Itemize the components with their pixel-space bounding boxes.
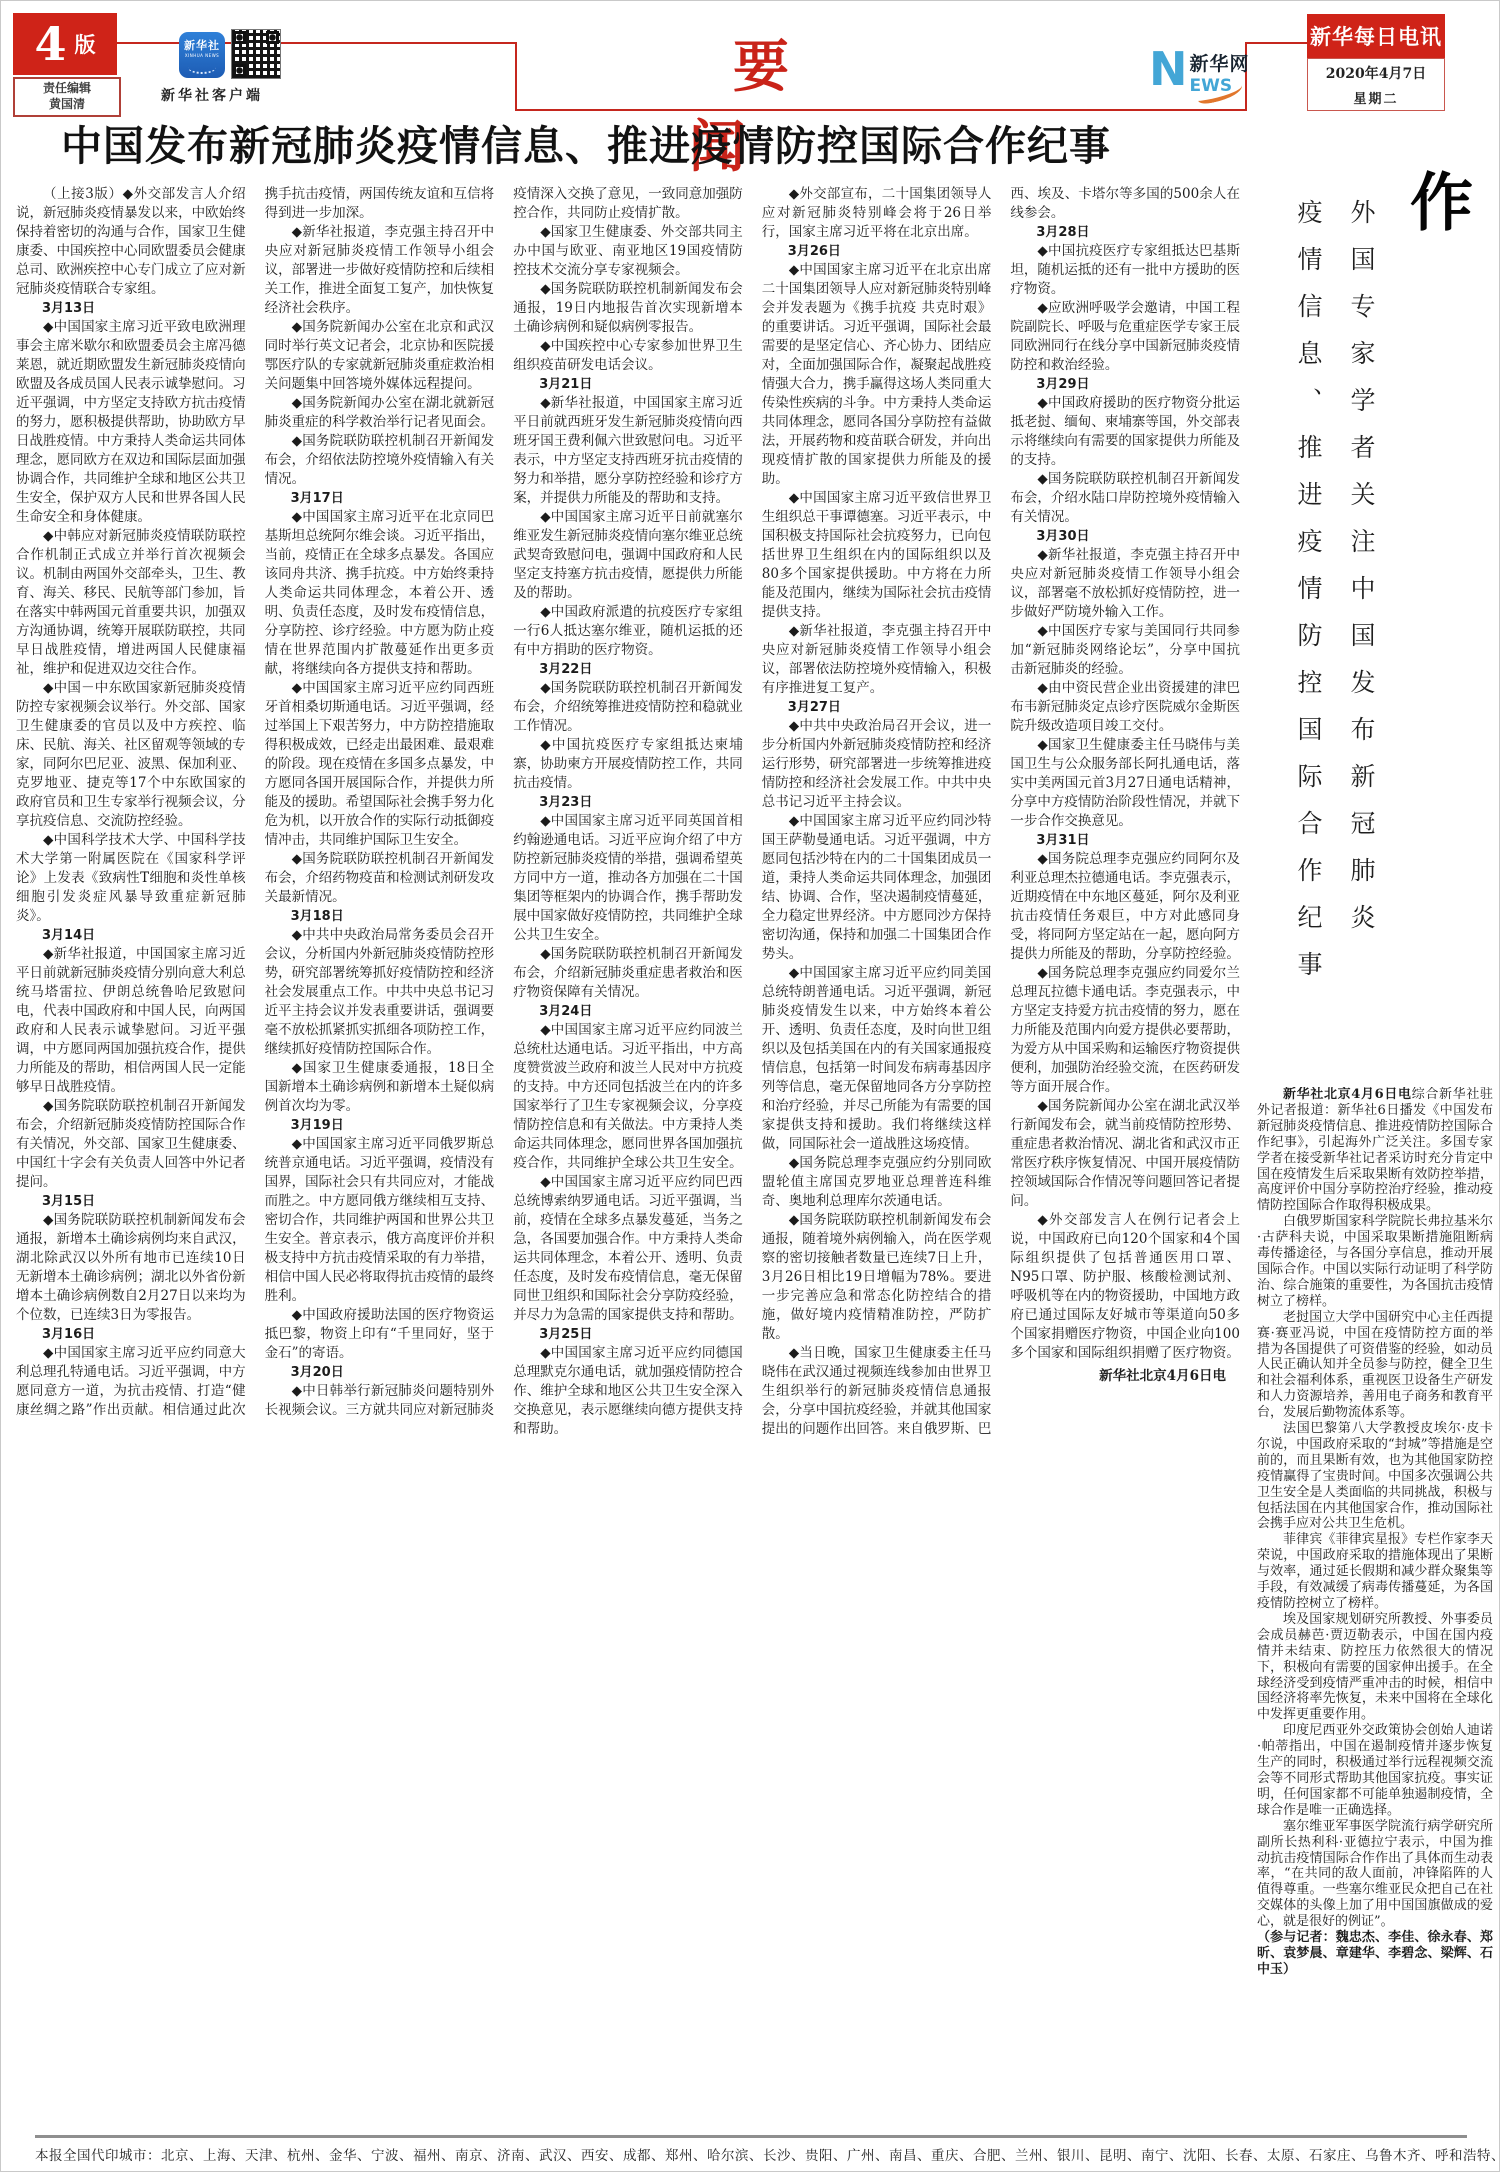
chron-p: ◆中国政府援助法国的医疗物资运抵巴黎，物资上印有“千里同好，坚于金石”的寄语。 bbox=[265, 1306, 495, 1363]
chron-date: 3月17日 bbox=[265, 489, 495, 508]
chron-p: ◆中共中央政治局常务委员会召开会议，分析国内外新冠肺炎疫情防控形势，研究部署统筹… bbox=[265, 926, 495, 1059]
chron-p: ◆中国抗疫医疗专家组抵达柬埔寨，协助柬方开展疫情防控工作，共同抗击疫情。 bbox=[513, 736, 743, 793]
chron-sign: 新华社北京4月6日电 bbox=[1010, 1367, 1240, 1386]
chron-p: ◆中国国家主席习近平应约同西班牙首相桑切斯通电话。习近平强调，经过举国上下艰苦努… bbox=[265, 679, 495, 850]
xinhua-app-icon-arc bbox=[188, 61, 216, 74]
side-p: 印度尼西亚外交政策协会创始人迪诺·帕蒂指出，中国在遏制疫情并逐步恢复生产的同时，… bbox=[1257, 1723, 1493, 1818]
chron-p: ◆中国国家主席习近平应约同沙特国王萨勒曼通电话。习近平强调，中方愿同包括沙特在内… bbox=[762, 812, 992, 964]
issue-weekday: 星期二 bbox=[1353, 88, 1398, 107]
chron-p: ◆中韩应对新冠肺炎疫情联防联控合作机制正式成立并举行首次视频会议。机制由两国外交… bbox=[16, 527, 246, 679]
chron-date: 3月28日 bbox=[1010, 223, 1240, 242]
newspaper-page: 4 版 责任编辑 黄国清 新华社 XINHUA NEWS 新华社客户端 要闻 N… bbox=[0, 0, 1500, 2172]
date-box: 2020年4月7日 星期二 bbox=[1307, 58, 1445, 111]
chron-p: ◆国务院联防联控机制召开新闻发布会，介绍依法防控境外疫情输入有关情况。 bbox=[265, 432, 495, 489]
chron-p: ◆中国政府派遣的抗疫医疗专家组一行6人抵达塞尔维亚，随机运抵的还有中方捐助的医疗… bbox=[513, 603, 743, 660]
chron-date: 3月26日 bbox=[762, 242, 992, 261]
chron-p: ◆中国医疗专家与美国同行共同参加“新冠肺炎网络论坛”，分享中国抗击新冠肺炎的经验… bbox=[1010, 622, 1240, 679]
side-p: 白俄罗斯国家科学院院长弗拉基米尔·古萨科夫说，中国采取果断措施阻断病毒传播途径，… bbox=[1257, 1214, 1493, 1309]
chron-p: ◆中国国家主席习近平应约同巴西总统博索纳罗通电话。习近平强调，当前，疫情在全球多… bbox=[513, 1173, 743, 1325]
chron-p: ◆国务院联防联控机制召开新闻发布会，介绍药物疫苗和检测试剂研发攻关最新情况。 bbox=[265, 850, 495, 907]
editor-box: 责任编辑 黄国清 bbox=[13, 77, 121, 117]
header-rule-segment bbox=[1245, 42, 1307, 44]
chron-p: ◆中国国家主席习近平同英国首相约翰逊通电话。习近平应询介绍了中方防控新冠肺炎疫情… bbox=[513, 812, 743, 945]
chron-p: ◆中国政府援助的医疗物资分批运抵老挝、缅甸、柬埔寨等国，外交部表示将继续向有需要… bbox=[1010, 394, 1240, 470]
chron-p: ◆外交部发言人在例行记者会上说，中国政府已向120个国家和4个国际组织提供了包括… bbox=[1010, 1211, 1240, 1363]
issue-date: 2020年4月7日 bbox=[1326, 63, 1426, 83]
editor-role: 责任编辑 bbox=[43, 81, 91, 97]
side-p: 新华社北京4月6日电综合新华社驻外记者报道：新华社6日播发《中国发布新冠肺炎疫情… bbox=[1257, 1087, 1493, 1214]
chron-p: ◆国务院联防联控机制召开新闻发布会，介绍新冠肺炎重症患者救治和医疗物资保障有关情… bbox=[513, 945, 743, 1002]
chron-p: ◆新华社报道，李克强主持召开中央应对新冠肺炎疫情工作领导小组会议，部署进一步做好… bbox=[265, 223, 495, 318]
chron-date: 3月16日 bbox=[16, 1325, 246, 1344]
side-p: 菲律宾《菲律宾星报》专栏作家李天荣说，中国政府采取的措施体现出了果断与效率，通过… bbox=[1257, 1532, 1493, 1612]
chron-p: ◆外交部宣布，二十国集团领导人应对新冠肺炎特别峰会将于26日举行，国家主席习近平… bbox=[762, 185, 992, 242]
chronicle-body: （上接3版）◆外交部发言人介绍说，新冠肺炎疫情暴发以来，中欧始终保持着密切的沟通… bbox=[16, 185, 1240, 2121]
chron-p: ◆中国国家主席习近平日前就塞尔维亚发生新冠肺炎疫情向塞尔维亚总统武契奇致慰问电，… bbox=[513, 508, 743, 603]
side-vertical-subtitle: 外国专家学者关注中国发布新冠肺炎疫情信息、推进疫情防控国际合作纪事 bbox=[1282, 199, 1388, 1049]
chron-p: ◆新华社报道，李克强主持召开中央应对新冠肺炎疫情工作领导小组会议，部署毫不放松抓… bbox=[1010, 546, 1240, 622]
chron-date: 3月15日 bbox=[16, 1192, 246, 1211]
chron-p: ◆国家卫生健康委主任马晓伟与美国卫生与公众服务部长阿扎通电话，落实中美两国元首3… bbox=[1010, 736, 1240, 831]
chron-p: ◆国务院联防联控机制召开新闻发布会，介绍新冠肺炎疫情防控国际合作有关情况，外交部… bbox=[16, 1097, 246, 1192]
side-p: 法国巴黎第八大学教授皮埃尔·皮卡尔说，中国政府采取的“封城”等措施是空前的，而且… bbox=[1257, 1421, 1493, 1532]
chron-date: 3月13日 bbox=[16, 299, 246, 318]
footer-rule bbox=[35, 2135, 1467, 2138]
chron-p: ◆国务院总理李克强应约同爱尔兰总理瓦拉德卡通电话。李克强表示，中方坚定支持爱方抗… bbox=[1010, 964, 1240, 1097]
chron-date: 3月14日 bbox=[16, 926, 246, 945]
chron-p: ◆新华社报道，李克强主持召开中央应对新冠肺炎疫情工作领导小组会议，部署依法防控境… bbox=[762, 622, 992, 698]
editor-name: 黄国清 bbox=[49, 97, 85, 113]
side-p: 埃及国家规划研究所教授、外事委员会成员赫芭·贾迈勒表示，中国在国内疫情并未结束、… bbox=[1257, 1612, 1493, 1723]
chron-p: ◆中国国家主席习近平应约同德国总理默克尔通电话，就加强疫情防控合作、维护全球和地… bbox=[513, 1344, 743, 1439]
header-rule-segment bbox=[117, 42, 515, 44]
chron-p: ◆中国国家主席习近平在北京出席二十国集团领导人应对新冠肺炎特别峰会并发表题为《携… bbox=[762, 261, 992, 489]
chron-p: ◆中国科学技术大学、中国科学技术大学第一附属医院在《国家科学评论》上发表《致病性… bbox=[16, 831, 246, 926]
chron-p: ◆国务院联防联控机制新闻发布会通报，19日内地报告首次实现新增本土确诊病例和疑似… bbox=[513, 280, 743, 337]
chron-p: ◆中国国家主席习近平应约同波兰总统杜达通电话。习近平指出，中方高度赞赏波兰政府和… bbox=[513, 1021, 743, 1173]
header-rule-segment bbox=[515, 42, 517, 111]
chron-p: ◆中国－中东欧国家新冠肺炎疫情防控专家视频会议举行。外交部、国家卫生健康委的官员… bbox=[16, 679, 246, 831]
chron-p: ◆国务院联防联控机制新闻发布会通报，新增本土确诊病例均来自武汉，湖北除武汉以外所… bbox=[16, 1211, 246, 1325]
chron-p: ◆国务院联防联控机制召开新闻发布会，介绍统筹推进疫情防控和稳就业工作情况。 bbox=[513, 679, 743, 736]
chron-p: ◆中国国家主席习近平致信世界卫生组织总干事谭德塞。习近平表示，中国积极支持国际社… bbox=[762, 489, 992, 622]
chron-date: 3月27日 bbox=[762, 698, 992, 717]
xinhua-app-icon: 新华社 XINHUA NEWS bbox=[179, 32, 225, 78]
chron-p: ◆中国国家主席习近平致电欧洲理事会主席米歇尔和欧盟委员会主席冯德莱恩，就近期欧盟… bbox=[16, 318, 246, 527]
chron-date: 3月29日 bbox=[1010, 375, 1240, 394]
qr-code bbox=[232, 30, 280, 78]
chron-p: ◆国家卫生健康委、外交部共同主办中国与欧亚、南亚地区19国疫情防控技术交流分享专… bbox=[513, 223, 743, 280]
chron-p: ◆中国抗疫医疗专家组抵达巴基斯坦，随机运抵的还有一批中方援助的医疗物资。 bbox=[1010, 242, 1240, 299]
chron-date: 3月20日 bbox=[265, 1363, 495, 1382]
chron-p: ◆新华社报道，中国国家主席习近平日前就新冠肺炎疫情分别向意大利总统马塔雷拉、伊朗… bbox=[16, 945, 246, 1097]
side-p: 老挝国立大学中国研究中心主任西提赛·赛亚冯说，中国在疫情防控方面的举措为各国提供… bbox=[1257, 1310, 1493, 1421]
chron-p: ◆中国国家主席习近平同俄罗斯总统普京通电话。习近平强调，疫情没有国界，国际社会只… bbox=[265, 1135, 495, 1306]
side-p: 塞尔维亚军事医学院流行病学研究所副所长热利科·亚德拉宁表示，中国为推动抗击疫情国… bbox=[1257, 1819, 1493, 1930]
chron-p: ◆国务院新闻办公室在北京和武汉同时举行英文记者会，北京协和医院援鄂医疗队的专家就… bbox=[265, 318, 495, 394]
side-article-body: 新华社北京4月6日电综合新华社驻外记者报道：新华社6日播发《中国发布新冠肺炎疫情… bbox=[1257, 1087, 1493, 2133]
chron-p: ◆中国国家主席习近平应约同美国总统特朗普通电话。习近平强调，新冠肺炎疫情发生以来… bbox=[762, 964, 992, 1154]
chron-date: 3月23日 bbox=[513, 793, 743, 812]
chron-p: ◆中共中央政治局召开会议，进一步分析国内外新冠肺炎疫情防控和经济运行形势，研究部… bbox=[762, 717, 992, 812]
side-vertical-title: 采取果断措施 推动国际合作 bbox=[1391, 169, 1500, 1079]
chron-p: ◆国务院新闻办公室在湖北就新冠肺炎重症的科学救治举行记者见面会。 bbox=[265, 394, 495, 432]
chron-date: 3月25日 bbox=[513, 1325, 743, 1344]
news-logo-n: N bbox=[1149, 49, 1188, 90]
side-p: （参与记者：魏忠杰、李佳、徐永春、郑昕、袁梦晨、章建华、李碧念、梁辉、石中玉） bbox=[1257, 1930, 1493, 1978]
chron-date: 3月18日 bbox=[265, 907, 495, 926]
chron-date: 3月31日 bbox=[1010, 831, 1240, 850]
page-number-label: 版 bbox=[75, 29, 96, 59]
chron-p: （上接3版）◆外交部发言人介绍说，新冠肺炎疫情暴发以来，中欧始终保持着密切的沟通… bbox=[16, 185, 246, 299]
chron-date: 3月30日 bbox=[1010, 527, 1240, 546]
masthead: 新华每日电讯 bbox=[1307, 14, 1445, 58]
page-number-badge: 4 版 bbox=[13, 13, 117, 75]
chron-p: ◆国务院总理李克强应约同阿尔及利亚总理杰拉德通电话。李克强表示，近期疫情在中东地… bbox=[1010, 850, 1240, 964]
print-cities: 本报全国代印城市：北京、上海、天津、杭州、金华、宁波、福州、南京、济南、武汉、西… bbox=[35, 2144, 1475, 2164]
xinhua-app-icon-title: 新华社 bbox=[184, 37, 220, 53]
xinhua-app-icon-subtitle: XINHUA NEWS bbox=[185, 53, 219, 58]
chron-date: 3月22日 bbox=[513, 660, 743, 679]
chron-p: ◆中国疾控中心专家参加世界卫生组织疫苗研发电话会议。 bbox=[513, 337, 743, 375]
chron-p: ◆国务院联防联控机制召开新闻发布会，介绍水陆口岸防控境外疫情输入有关情况。 bbox=[1010, 470, 1240, 527]
chron-p: ◆国务院新闻办公室在湖北武汉举行新闻发布会，就当前疫情防控形势、重症患者救治情况… bbox=[1010, 1097, 1240, 1211]
main-headline: 中国发布新冠肺炎疫情信息、推进疫情防控国际合作纪事 bbox=[61, 113, 1145, 175]
chron-p: ◆国家卫生健康委通报，18日全国新增本土确诊病例和新增本土疑似病例首次均为零。 bbox=[265, 1059, 495, 1116]
chron-p: ◆国务院总理李克强应约分别同欧盟轮值主席国克罗地亚总理普连科维奇、奥地利总理库尔… bbox=[762, 1154, 992, 1211]
chron-p: ◆国务院联防联控机制新闻发布会通报，随着境外病例输入，尚在医学观察的密切接触者数… bbox=[762, 1211, 992, 1344]
chron-p: ◆中国国家主席习近平在北京同巴基斯坦总统阿尔维会谈。习近平指出，当前，疫情正在全… bbox=[265, 508, 495, 679]
news-logo-cn: 新华网 bbox=[1190, 49, 1250, 76]
chron-date: 3月19日 bbox=[265, 1116, 495, 1135]
chron-p: ◆应欧洲呼吸学会邀请，中国工程院副院长、呼吸与危重症医学专家王辰同欧洲同行在线分… bbox=[1010, 299, 1240, 375]
page-number: 4 bbox=[34, 21, 66, 67]
chron-date: 3月21日 bbox=[513, 375, 743, 394]
app-caption: 新华社客户端 bbox=[161, 85, 321, 105]
chron-p: ◆新华社报道，中国国家主席习近平日前就西班牙发生新冠肺炎疫情向西班牙国王费利佩六… bbox=[513, 394, 743, 508]
chron-p: ◆由中资民营企业出资援建的津巴布韦新冠肺炎定点诊疗医院威尔金斯医院升级改造项目竣… bbox=[1010, 679, 1240, 736]
chron-date: 3月24日 bbox=[513, 1002, 743, 1021]
